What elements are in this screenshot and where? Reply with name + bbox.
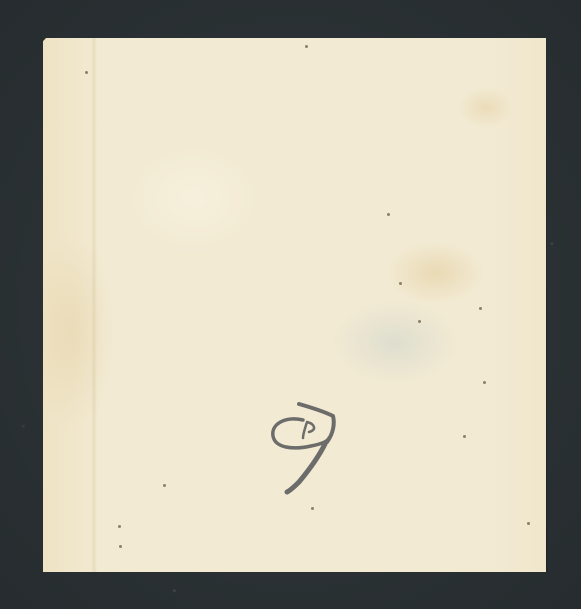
paper-speck [418, 320, 421, 323]
paper-speck [119, 545, 122, 548]
paper-speck [311, 507, 314, 510]
paper-speck [479, 307, 482, 310]
fold-line [91, 38, 97, 572]
paper-speck [527, 522, 530, 525]
pencil-notation-icon [263, 390, 345, 500]
paper-speck [118, 525, 121, 528]
stamp-reverse [43, 38, 546, 572]
paper-speck [483, 381, 486, 384]
paper-speck [305, 45, 308, 48]
paper-speck [387, 213, 390, 216]
photo-scene [0, 0, 581, 609]
paper-speck [163, 484, 166, 487]
paper-speck [85, 71, 88, 74]
paper-speck [399, 282, 402, 285]
paper-speck [463, 435, 466, 438]
